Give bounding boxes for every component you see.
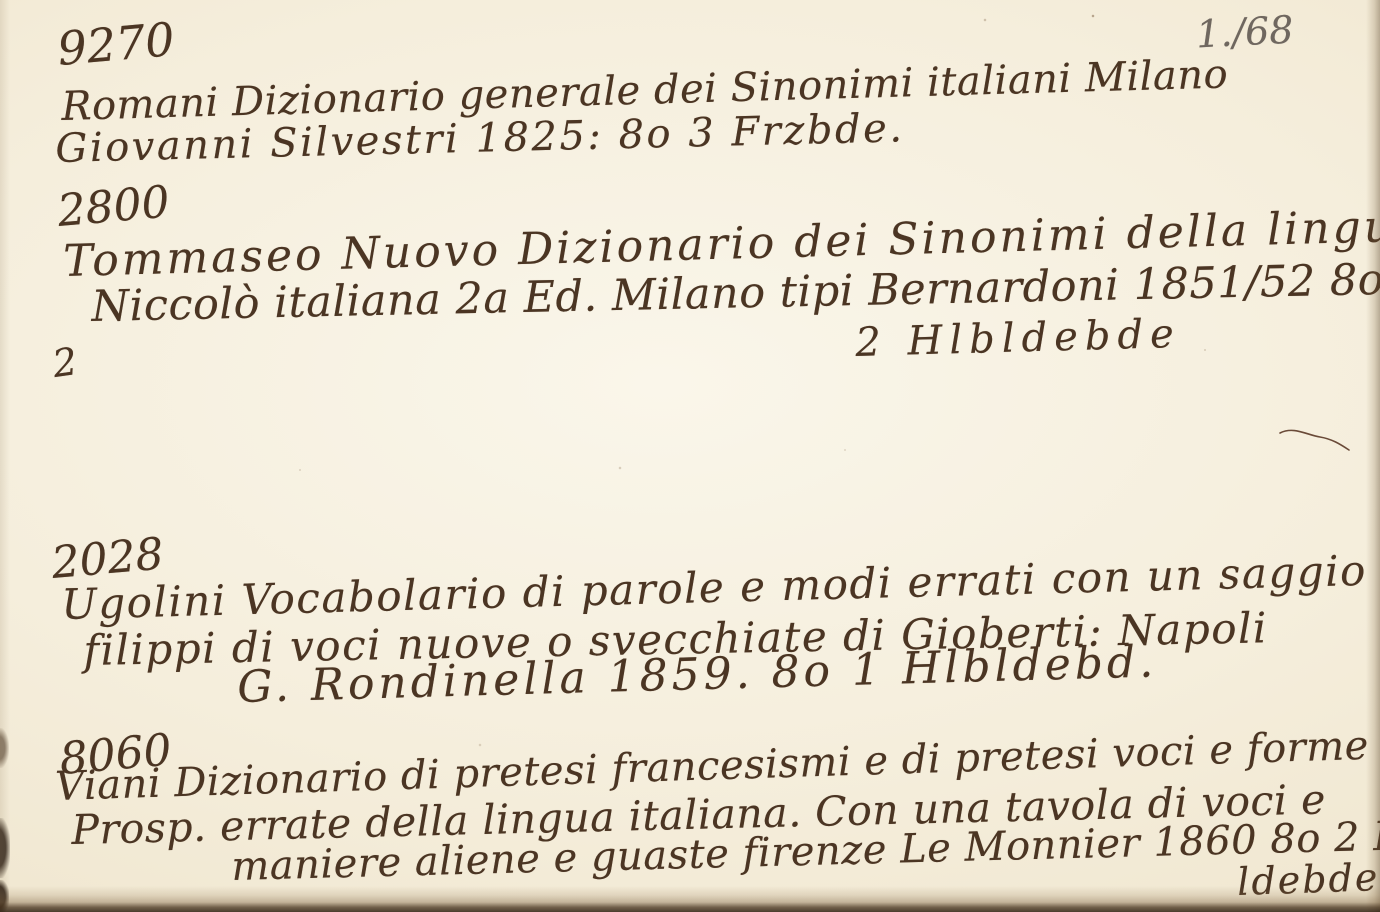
stray-ink-mark (1252, 415, 1362, 470)
entry-number: 2800 (56, 176, 172, 237)
manuscript-catalog-page: 1./68 9270 Romani Dizionario generale de… (0, 0, 1380, 912)
page-edge-right (1366, 0, 1380, 912)
page-edge-shadow (0, 886, 1380, 912)
entry-number: 9270 (55, 12, 176, 76)
page-edge-left (0, 0, 10, 912)
folio-number: 1./68 (1195, 7, 1295, 56)
margin-note: 2 (50, 339, 80, 386)
entry-line: 2 Hlbldebde (855, 311, 1182, 366)
